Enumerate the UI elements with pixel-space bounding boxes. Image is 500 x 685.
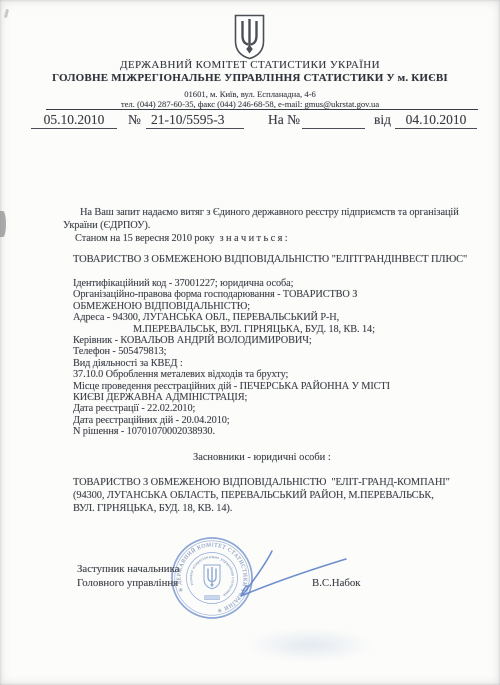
stamp-code-box xyxy=(205,596,220,600)
scanned-letter-page: ДЕРЖАВНИЙ КОМІТЕТ СТАТИСТИКИ УКРАЇНИ ГОЛ… xyxy=(0,0,500,685)
incoming-date: 04.10.2010 xyxy=(395,112,477,129)
company-title: ТОВАРИСТВО З ОБМЕЖЕНОЮ ВІДПОВІДАЛЬНІСТЮ … xyxy=(73,254,467,265)
ink-smudge-artifact xyxy=(245,628,375,662)
official-position-line: Головного управління xyxy=(77,576,179,590)
official-position: Заступник начальника Головного управлінн… xyxy=(77,562,179,590)
founders-line: ВУЛ. ГІРНЯЦЬКА, БУД. 18, КВ. 14). xyxy=(73,502,450,515)
stamp-trident-icon xyxy=(204,565,220,589)
scan-edge-artifact xyxy=(0,211,6,237)
details-line: N рішення - 10701070002038930. xyxy=(73,426,390,437)
reference-line: 05.10.2010 № 21-10/5595-3 На № від 04.10… xyxy=(0,112,500,130)
intro-line: На Ваш запит надаємо витяг з Єдиного дер… xyxy=(63,206,459,219)
details-line: Ідентифікаційний код - 37001227; юридичн… xyxy=(73,278,390,289)
scan-corner-artifact xyxy=(4,9,9,18)
outgoing-date: 05.10.2010 xyxy=(31,112,117,129)
signature-ink xyxy=(230,544,355,604)
incoming-date-label: від xyxy=(374,112,391,128)
details-line: Вид діяльності за КВЕД : xyxy=(73,358,390,369)
details-line: Адреса - 94300, ЛУГАНСЬКА ОБЛ., ПЕРЕВАЛЬ… xyxy=(73,312,390,323)
incoming-number-blank xyxy=(302,112,365,129)
outgoing-number: 21-10/5595-3 xyxy=(146,112,244,129)
details-line: Керівник - КОВАЛЬОВ АНДРІЙ ВОЛОДИМИРОВИЧ… xyxy=(73,335,390,346)
signatory-name: В.С.Набок xyxy=(312,577,361,589)
details-line: Місце проведення реєстраційних дій - ПЕЧ… xyxy=(73,381,390,392)
founders-line: ТОВАРИСТВО З ОБМЕЖЕНОЮ ВІДПОВІДАЛЬНІСТЮ … xyxy=(73,476,450,489)
intro-line: Станом на 15 вересня 2010 року з н а ч и… xyxy=(63,232,459,245)
details-line: 37.10.0 Оброблення металевих відходів та… xyxy=(73,369,390,380)
header-contacts: тел. (044) 287-60-35, факс (044) 246-68-… xyxy=(0,99,500,109)
header-committee: ДЕРЖАВНИЙ КОМІТЕТ СТАТИСТИКИ УКРАЇНИ xyxy=(0,59,500,71)
details-line: М.ПЕРЕВАЛЬСЬК, ВУЛ. ГІРНЯЦЬКА, БУД. 18, … xyxy=(73,324,390,335)
founders-heading: Засновники - юридичні особи : xyxy=(193,452,331,463)
incoming-number-label: На № xyxy=(268,112,300,128)
registry-details: Ідентифікаційний код - 37001227; юридичн… xyxy=(73,278,390,438)
intro-line: України (ЄДРПОУ). xyxy=(63,219,459,232)
ukraine-trident-shield-icon xyxy=(233,14,266,60)
details-line: КИЄВІ ДЕРЖАВНА АДМІНІСТРАЦІЯ; xyxy=(73,392,390,403)
intro-paragraph: На Ваш запит надаємо витяг з Єдиного дер… xyxy=(63,206,459,245)
details-line: Дата реєстраційних дій - 20.04.2010; xyxy=(73,415,390,426)
official-position-line: Заступник начальника xyxy=(77,562,179,576)
details-line: Телефон - 505479813; xyxy=(73,346,390,357)
details-line: Дата реєстрації - 22.02.2010; xyxy=(73,403,390,414)
details-line: Організаційно-правова форма господарюван… xyxy=(73,289,390,300)
founders-block: ТОВАРИСТВО З ОБМЕЖЕНОЮ ВІДПОВІДАЛЬНІСТЮ … xyxy=(73,476,450,515)
header-divider xyxy=(46,109,478,110)
header-department: ГОЛОВНЕ МІЖРЕГІОНАЛЬНЕ УПРАВЛІННЯ СТАТИС… xyxy=(0,72,500,84)
number-sign: № xyxy=(128,112,141,128)
founders-line: (94300, ЛУГАНСЬКА ОБЛАСТЬ, ПЕРЕВАЛЬСЬКИЙ… xyxy=(73,489,450,502)
details-line: ОБМЕЖЕНОЮ ВІДПОВІДАЛЬНІСТЮ; xyxy=(73,301,390,312)
header-address: 01601, м. Київ, вул. Еспланадна, 4-6 xyxy=(0,89,500,99)
